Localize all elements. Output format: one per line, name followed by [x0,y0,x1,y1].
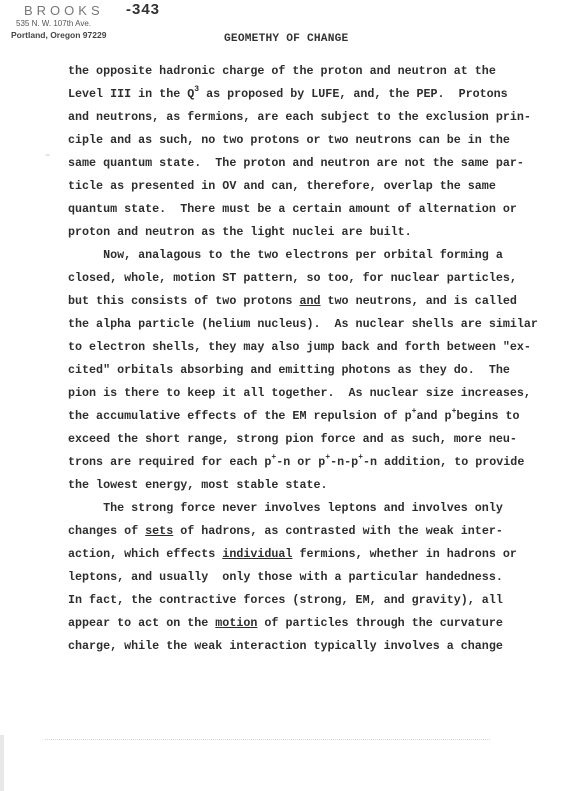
text-segment: of hadrons, as contrasted with the weak … [173,524,503,538]
document-body: the opposite hadronic charge of the prot… [68,60,528,658]
text-line: the lowest energy, most stable state. [68,474,528,497]
text-line: appear to act on the motion of particles… [68,612,528,635]
text-segment: exceed the short range, strong pion forc… [68,432,517,446]
text-segment: In fact, the contractive forces (strong,… [68,593,503,607]
text-segment: and neutrons, as fermions, are each subj… [68,110,531,124]
text-segment: closed, whole, motion ST pattern, so too… [68,271,517,285]
city-state-zip: Portland, Oregon 97229 [11,30,106,40]
text-segment: -n-p [330,455,358,469]
superscript: 3 [194,85,199,94]
text-segment: Now, analagous to the two electrons per … [68,248,503,262]
text-line: pion is there to keep it all together. A… [68,382,528,405]
text-line: the accumulative effects of the EM repul… [68,405,528,428]
underlined-word: motion [215,616,257,630]
text-line: the alpha particle (helium nucleus). As … [68,313,528,336]
text-segment: fermions, whether in hadrons or [292,547,516,561]
text-segment: the opposite hadronic charge of the prot… [68,64,496,78]
text-segment: The strong force never involves leptons … [68,501,503,515]
superscript: + [358,453,363,462]
author-name: BROOKS [24,3,104,18]
text-line: trons are required for each p+-n or p+-n… [68,451,528,474]
text-segment: proton and neutron as the light nuclei a… [68,225,412,239]
text-line: charge, while the weak interaction typic… [68,635,528,658]
text-line: The strong force never involves leptons … [68,497,528,520]
text-segment: leptons, and usually only those with a p… [68,570,503,584]
text-segment: to electron shells, they may also jump b… [68,340,531,354]
text-segment: same quantum state. The proton and neutr… [68,156,524,170]
text-line: to electron shells, they may also jump b… [68,336,528,359]
text-segment: quantum state. There must be a certain a… [68,202,517,216]
text-segment: the lowest energy, most stable state. [68,478,328,492]
text-line: action, which effects individual fermion… [68,543,528,566]
page-title: GEOMETHY OF CHANGE [224,33,348,45]
text-segment: ciple and as such, no two protons or two… [68,133,510,147]
text-segment: ticle as presented in OV and can, theref… [68,179,496,193]
superscript: + [325,453,330,462]
text-line: Level III in the Q3 as proposed by LUFE,… [68,83,528,106]
underlined-word: individual [222,547,292,561]
text-segment: changes of [68,524,145,538]
text-line: closed, whole, motion ST pattern, so too… [68,267,528,290]
text-segment: the accumulative effects of the EM repul… [68,409,412,423]
text-segment: -n addition, to provide [363,455,524,469]
text-segment: -n or p [276,455,325,469]
text-segment: of particles through the curvature [257,616,502,630]
text-segment: as proposed by LUFE, and, the PEP. Proto… [199,87,508,101]
text-segment: two neutrons, and is called [321,294,517,308]
text-line: and neutrons, as fermions, are each subj… [68,106,528,129]
underlined-word: and [299,294,320,308]
text-line: cited" orbitals absorbing and emitting p… [68,359,528,382]
underlined-word: sets [145,524,173,538]
text-segment: action, which effects [68,547,222,561]
document-number: -343 [126,1,160,18]
text-segment: cited" orbitals absorbing and emitting p… [68,363,510,377]
superscript: + [271,453,276,462]
text-segment: charge, while the weak interaction typic… [68,639,503,653]
text-segment: begins to [456,409,519,423]
superscript: + [452,407,457,416]
text-line: but this consists of two protons and two… [68,290,528,313]
text-line: proton and neutron as the light nuclei a… [68,221,528,244]
text-line: exceed the short range, strong pion forc… [68,428,528,451]
margin-smudge: ⁼ [44,150,54,166]
text-line: ticle as presented in OV and can, theref… [68,175,528,198]
scan-edge-shadow [0,735,4,791]
text-line: quantum state. There must be a certain a… [68,198,528,221]
text-line: changes of sets of hadrons, as contraste… [68,520,528,543]
text-line: leptons, and usually only those with a p… [68,566,528,589]
text-segment: the alpha particle (helium nucleus). As … [68,317,538,331]
street-address: 535 N. W. 107th Ave. [16,19,91,28]
text-segment: appear to act on the [68,616,215,630]
text-segment: Level III in the Q [68,87,194,101]
text-segment: and p [416,409,451,423]
text-segment: pion is there to keep it all together. A… [68,386,531,400]
text-line: Now, analagous to the two electrons per … [68,244,528,267]
text-line: the opposite hadronic charge of the prot… [68,60,528,83]
text-line: ciple and as such, no two protons or two… [68,129,528,152]
text-segment: trons are required for each p [68,455,271,469]
text-line: same quantum state. The proton and neutr… [68,152,528,175]
page-bottom-rule [45,739,490,740]
superscript: + [412,407,417,416]
text-segment: but this consists of two protons [68,294,299,308]
text-line: In fact, the contractive forces (strong,… [68,589,528,612]
